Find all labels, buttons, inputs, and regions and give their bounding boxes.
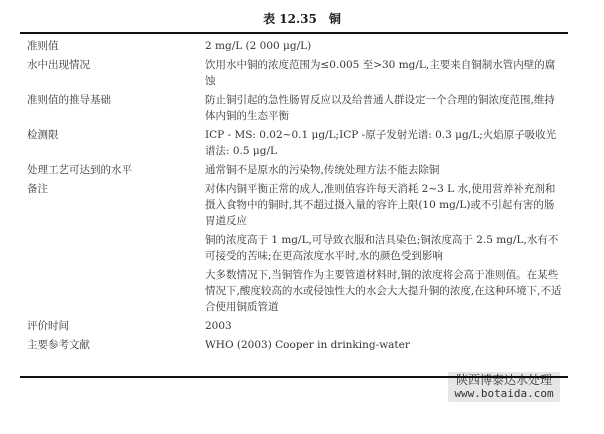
copper-table: 准则值 2 mg/L (2 000 μg/L) 水中出现情况 饮用水中铜的浓度范… (27, 38, 563, 356)
value-paragraph: 通常铜不是原水的污染物,传统处理方法不能去除铜 (205, 162, 563, 178)
table-top-rule (20, 32, 568, 34)
row-value: 通常铜不是原水的污染物,传统处理方法不能去除铜 (205, 162, 563, 181)
row-value: ICP - MS: 0.02~0.1 μg/L;ICP -原子发射光谱: 0.3… (205, 127, 563, 162)
row-label: 备注 (27, 181, 205, 318)
value-paragraph: ICP - MS: 0.02~0.1 μg/L;ICP -原子发射光谱: 0.3… (205, 127, 563, 159)
value-paragraph: 对体内铜平衡正常的成人,准则值容许每天消耗 2~3 L 水,使用营养补充剂和摄入… (205, 181, 563, 229)
row-label: 主要参考文献 (27, 337, 205, 356)
table-row: 水中出现情况 饮用水中铜的浓度范围为≤0.005 至>30 mg/L,主要来自铜… (27, 57, 563, 92)
row-label: 准则值 (27, 38, 205, 57)
row-value: 防止铜引起的急性肠胃反应以及给普通人群设定一个合理的铜浓度范围,维持体内铜的生态… (205, 92, 563, 127)
row-label: 准则值的推导基础 (27, 92, 205, 127)
table-row: 准则值 2 mg/L (2 000 μg/L) (27, 38, 563, 57)
table-row: 处理工艺可达到的水平 通常铜不是原水的污染物,传统处理方法不能去除铜 (27, 162, 563, 181)
value-paragraph: 铜的浓度高于 1 mg/L,可导致衣服和洁具染色;铜浓度高于 2.5 mg/L,… (205, 232, 563, 264)
value-paragraph: 2 mg/L (2 000 μg/L) (205, 38, 563, 54)
table-row: 主要参考文献 WHO (2003) Cooper in drinking-wat… (27, 337, 563, 356)
value-paragraph: WHO (2003) Cooper in drinking-water (205, 337, 563, 353)
table-row: 评价时间 2003 (27, 318, 563, 337)
table-row: 准则值的推导基础 防止铜引起的急性肠胃反应以及给普通人群设定一个合理的铜浓度范围… (27, 92, 563, 127)
row-value: 对体内铜平衡正常的成人,准则值容许每天消耗 2~3 L 水,使用营养补充剂和摄入… (205, 181, 563, 318)
row-value: 2 mg/L (2 000 μg/L) (205, 38, 563, 57)
value-paragraph: 防止铜引起的急性肠胃反应以及给普通人群设定一个合理的铜浓度范围,维持体内铜的生态… (205, 92, 563, 124)
value-paragraph: 大多数情况下,当铜管作为主要管道材料时,铜的浓度将会高于准则值。在某些情况下,酸… (205, 267, 563, 315)
value-paragraph: 2003 (205, 318, 563, 334)
row-value: 2003 (205, 318, 563, 337)
watermark-url: www.botaida.com (448, 387, 560, 400)
row-value: 饮用水中铜的浓度范围为≤0.005 至>30 mg/L,主要来自铜制水管内壁的腐… (205, 57, 563, 92)
row-value: WHO (2003) Cooper in drinking-water (205, 337, 563, 356)
table-row: 备注 对体内铜平衡正常的成人,准则值容许每天消耗 2~3 L 水,使用营养补充剂… (27, 181, 563, 318)
row-label: 检测限 (27, 127, 205, 162)
row-label: 水中出现情况 (27, 57, 205, 92)
value-paragraph: 饮用水中铜的浓度范围为≤0.005 至>30 mg/L,主要来自铜制水管内壁的腐… (205, 57, 563, 89)
row-label: 处理工艺可达到的水平 (27, 162, 205, 181)
table-row: 检测限 ICP - MS: 0.02~0.1 μg/L;ICP -原子发射光谱:… (27, 127, 563, 162)
table-bottom-rule (20, 376, 568, 378)
row-label: 评价时间 (27, 318, 205, 337)
table-caption: 表 12.35 铜 (0, 10, 604, 27)
